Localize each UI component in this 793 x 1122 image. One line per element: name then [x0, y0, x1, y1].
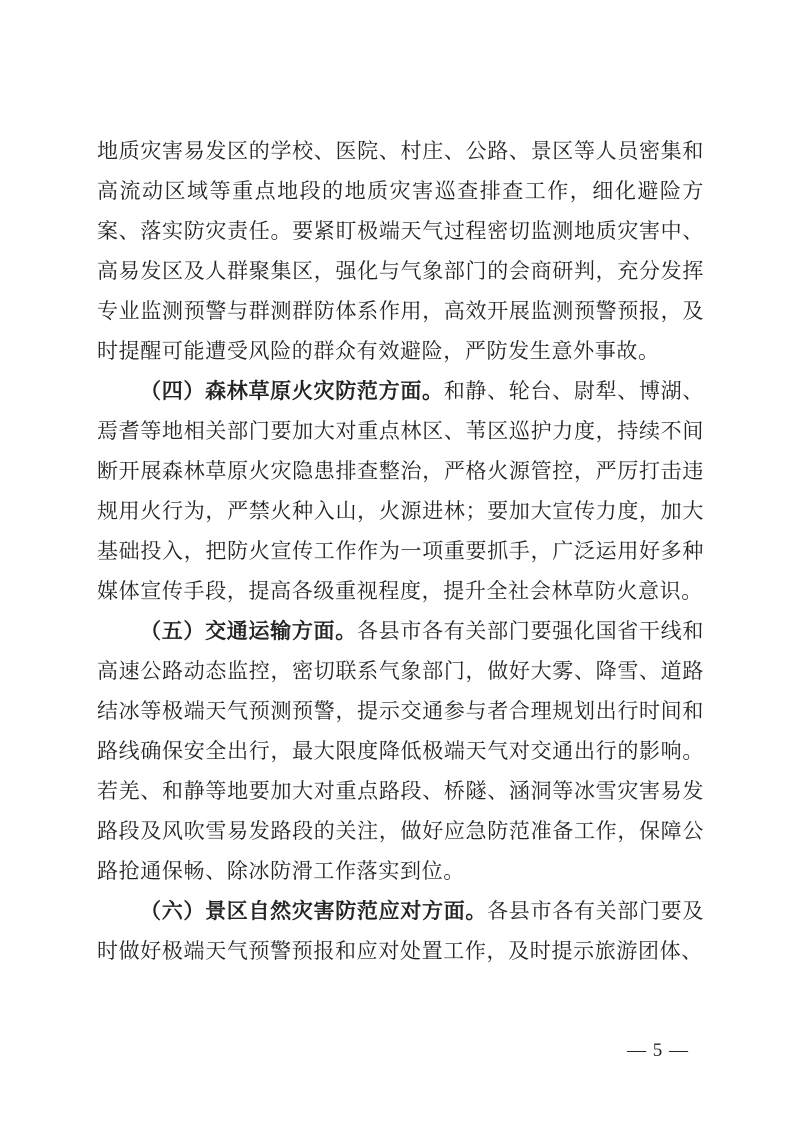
section-heading-six: （六）景区自然灾害防范应对方面。: [140, 899, 487, 923]
document-body: 地质灾害易发区的学校、医院、村庄、公路、景区等人员密集和高流动区域等重点地段的地…: [97, 131, 704, 971]
paragraph-forest-grassland-fire: （四）森林草原火灾防范方面。和静、轮台、尉犁、博湖、焉耆等地相关部门要加大对重点…: [97, 371, 704, 611]
paragraph-transportation: （五）交通运输方面。各县市各有关部门要强化国省干线和高速公路动态监控，密切联系气…: [97, 611, 704, 891]
document-page: 地质灾害易发区的学校、医院、村庄、公路、景区等人员密集和高流动区域等重点地段的地…: [0, 0, 793, 1122]
section-heading-four: （四）森林草原火灾防范方面。: [140, 379, 444, 403]
paragraph-text: 各县市各有关部门要强化国省干线和高速公路动态监控，密切联系气象部门，做好大雾、降…: [97, 619, 704, 883]
paragraph-scenic-area-disaster: （六）景区自然灾害防范应对方面。各县市各有关部门要及时做好极端天气预警预报和应对…: [97, 891, 704, 971]
paragraph-text: 地质灾害易发区的学校、医院、村庄、公路、景区等人员密集和高流动区域等重点地段的地…: [97, 139, 704, 363]
paragraph-geohazard-continuation: 地质灾害易发区的学校、医院、村庄、公路、景区等人员密集和高流动区域等重点地段的地…: [97, 131, 704, 371]
page-number: — 5 —: [598, 1040, 718, 1062]
section-heading-five: （五）交通运输方面。: [140, 619, 357, 643]
paragraph-text: 和静、轮台、尉犁、博湖、焉耆等地相关部门要加大对重点林区、苇区巡护力度，持续不间…: [97, 379, 704, 603]
